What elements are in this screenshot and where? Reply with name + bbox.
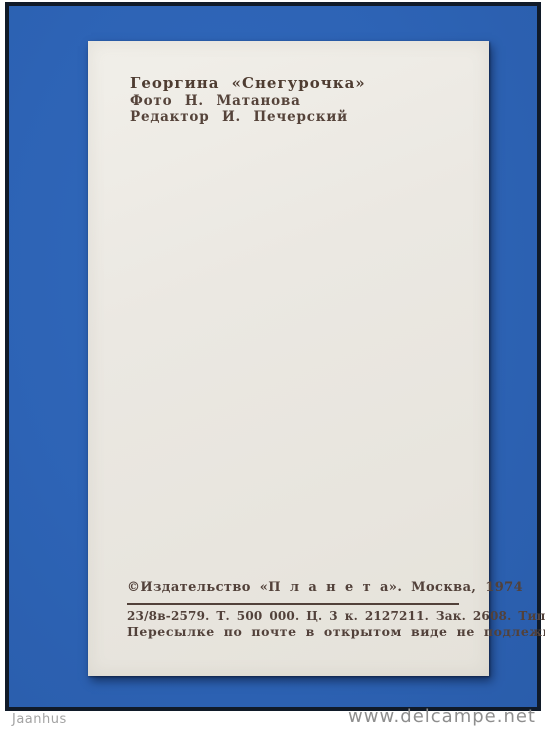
print-run-line: 23/8в-2579. Т. 500 000. Ц. 3 к. 2127211.… [127, 609, 545, 623]
listing-photo-area: Георгина «Снегурочка» Фото Н. Матанова Р… [0, 0, 545, 730]
photo-frame: Георгина «Снегурочка» Фото Н. Матанова Р… [5, 2, 541, 711]
postcard-imprint-block: ©Издательство «П л а н е т а». Москва, 1… [127, 580, 545, 639]
publisher-line: ©Издательство «П л а н е т а». Москва, 1… [127, 580, 545, 595]
editor-credit: Редактор И. Печерский [130, 111, 366, 124]
imprint-divider-rule [127, 603, 459, 605]
photo-credit: Фото Н. Матанова [130, 95, 366, 108]
seller-watermark: Jaanhus [12, 712, 67, 727]
postcard-caption-block: Георгина «Снегурочка» Фото Н. Матанова Р… [130, 74, 366, 124]
mailing-restriction-line: Пересылке по почте в открытом виде не по… [127, 624, 545, 639]
postcard-title: Георгина «Снегурочка» [130, 74, 366, 92]
site-watermark: www.delcampe.net [348, 706, 536, 727]
postcard-back: Георгина «Снегурочка» Фото Н. Матанова Р… [88, 41, 489, 676]
